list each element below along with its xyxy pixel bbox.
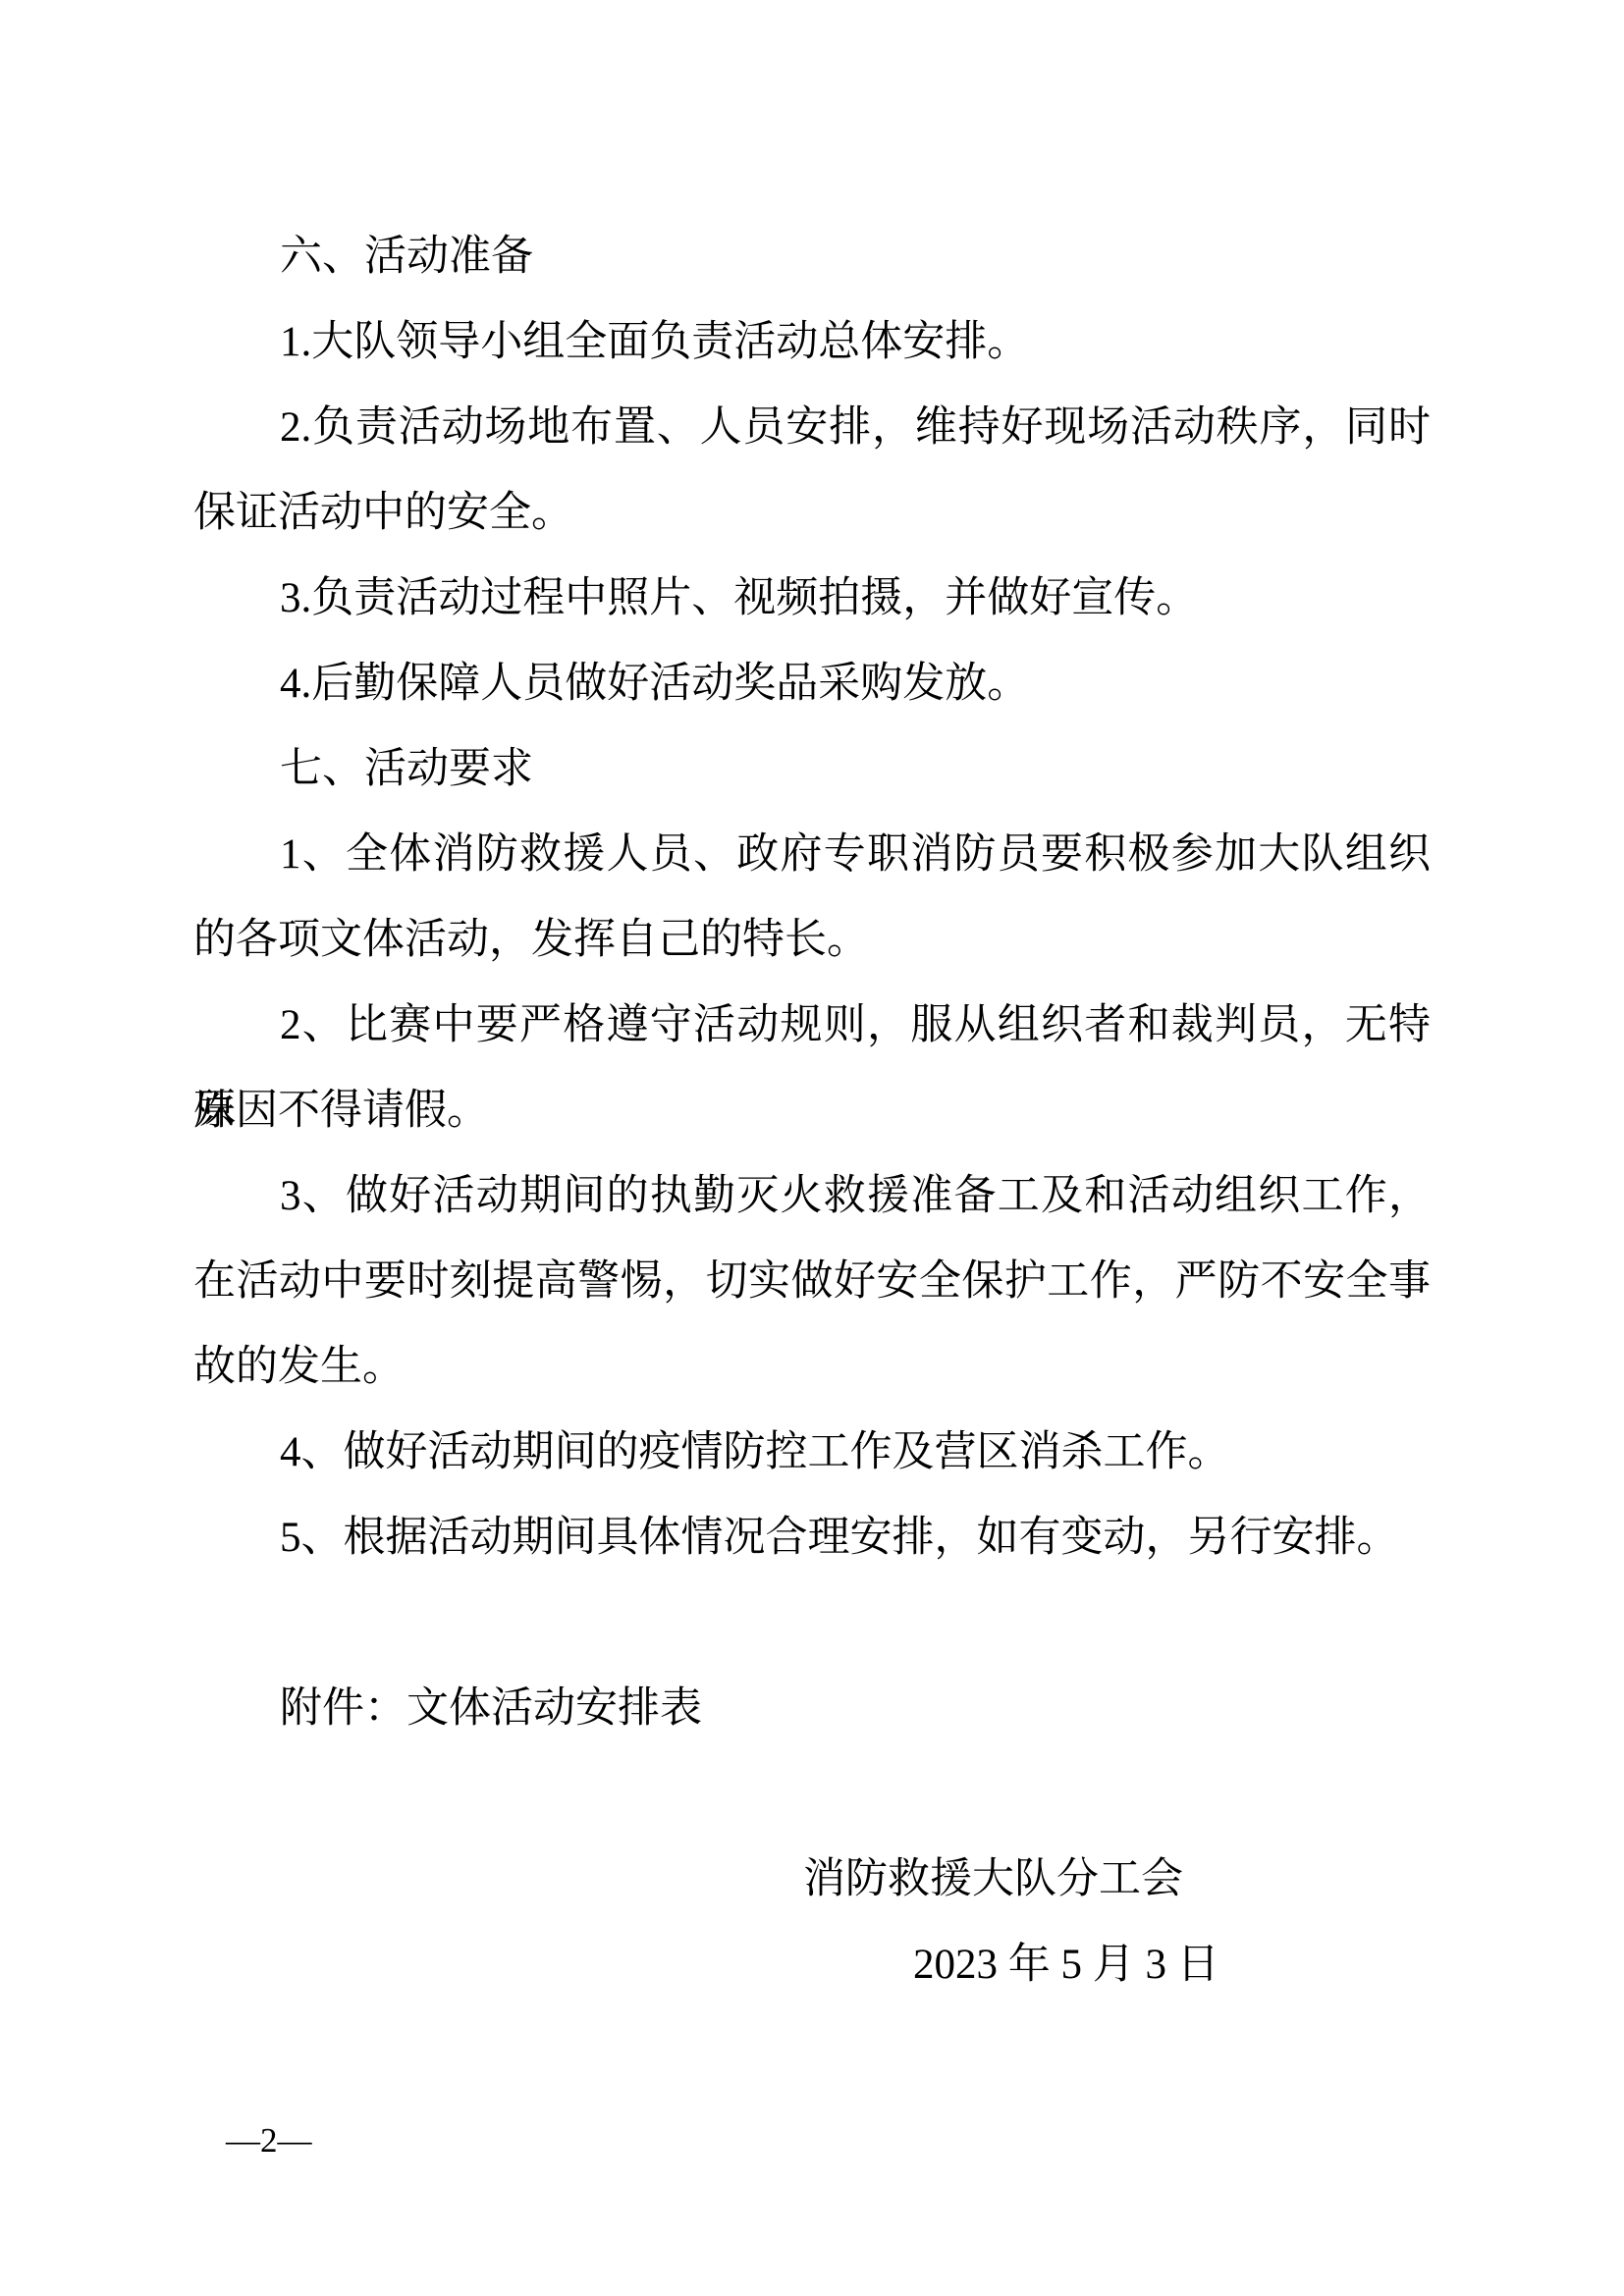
line-text: 做好活动期间的疫情防控工作及营区消杀工作。 <box>344 1428 1230 1475</box>
text-line: 故的发生。 <box>193 1324 1431 1410</box>
text-line: 4.后勤保障人员做好活动奖品采购发放。 <box>193 641 1431 726</box>
line-text: 七、活动要求 <box>280 745 533 792</box>
line-text: 故的发生。 <box>193 1343 405 1390</box>
line-text: 根据活动期间具体情况合理安排，如有变动，另行安排。 <box>344 1514 1399 1561</box>
list-marker: 3、 <box>280 1173 346 1219</box>
section-heading: 六、活动准备 <box>193 214 1431 299</box>
line-text: 做好活动期间的执勤灭火救援准备工及和活动组织工作， <box>346 1172 1431 1219</box>
text-line: 5、根据活动期间具体情况合理安排，如有变动，另行安排。 <box>193 1495 1431 1580</box>
line-text: 的各项文体活动，发挥自己的特长。 <box>193 916 869 963</box>
line-text: 全体消防救援人员、政府专职消防员要积极参加大队组织 <box>346 830 1431 878</box>
text-line: 附件：文体活动安排表 <box>193 1666 1431 1751</box>
text-line: 1、全体消防救援人员、政府专职消防员要积极参加大队组织 <box>193 812 1431 897</box>
list-marker: 2、 <box>280 1002 346 1048</box>
document-page: 六、活动准备1.大队领导小组全面负责活动总体安排。2.负责活动场地布置、人员安排… <box>0 0 1624 2296</box>
line-text: 后勤保障人员做好活动奖品采购发放。 <box>311 660 1029 707</box>
date-line: 2023 年 5 月 3 日 <box>193 1922 1431 2007</box>
document-body: 六、活动准备1.大队领导小组全面负责活动总体安排。2.负责活动场地布置、人员安排… <box>193 214 1431 2007</box>
text-line: 在活动中要时刻提高警惕，切实做好安全保护工作，严防不安全事 <box>193 1239 1431 1324</box>
line-text: 消防救援大队分工会 <box>803 1855 1183 1902</box>
line-text: 大队领导小组全面负责活动总体安排。 <box>311 318 1029 365</box>
signature-line: 消防救援大队分工会 <box>193 1837 1431 1922</box>
list-marker: 3. <box>280 575 311 621</box>
list-marker: 4. <box>280 661 311 707</box>
text-line: 2.负责活动场地布置、人员安排，维持好现场活动秩序，同时 <box>193 385 1431 470</box>
blank-line <box>193 1751 1431 1837</box>
line-text: 原因不得请假。 <box>193 1087 489 1134</box>
text-line: 3.负责活动过程中照片、视频拍摄，并做好宣传。 <box>193 556 1431 641</box>
line-text: 附件：文体活动安排表 <box>280 1684 702 1732</box>
page-number: —2— <box>226 2121 312 2161</box>
line-text: 负责活动过程中照片、视频拍摄，并做好宣传。 <box>311 574 1198 621</box>
list-marker: 5、 <box>280 1515 344 1561</box>
text-line: 3、做好活动期间的执勤灭火救援准备工及和活动组织工作， <box>193 1153 1431 1239</box>
line-text: 2023 年 5 月 3 日 <box>913 1942 1219 1988</box>
text-line: 保证活动中的安全。 <box>193 470 1431 556</box>
text-line: 4、做好活动期间的疫情防控工作及营区消杀工作。 <box>193 1410 1431 1495</box>
text-line: 原因不得请假。 <box>193 1068 1431 1153</box>
blank-line <box>193 1580 1431 1666</box>
list-marker: 4、 <box>280 1429 344 1475</box>
list-marker: 2. <box>280 404 311 451</box>
line-text: 保证活动中的安全。 <box>193 489 573 536</box>
line-text: 在活动中要时刻提高警惕，切实做好安全保护工作，严防不安全事 <box>193 1257 1431 1305</box>
text-line: 的各项文体活动，发挥自己的特长。 <box>193 897 1431 983</box>
text-line: 2、比赛中要严格遵守活动规则，服从组织者和裁判员，无特殊 <box>193 983 1431 1068</box>
list-marker: 1、 <box>280 831 346 878</box>
line-text: 负责活动场地布置、人员安排，维持好现场活动秩序，同时 <box>311 403 1431 451</box>
section-heading: 七、活动要求 <box>193 726 1431 812</box>
text-line: 1.大队领导小组全面负责活动总体安排。 <box>193 299 1431 385</box>
line-text: 六、活动准备 <box>280 233 533 280</box>
list-marker: 1. <box>280 319 311 365</box>
